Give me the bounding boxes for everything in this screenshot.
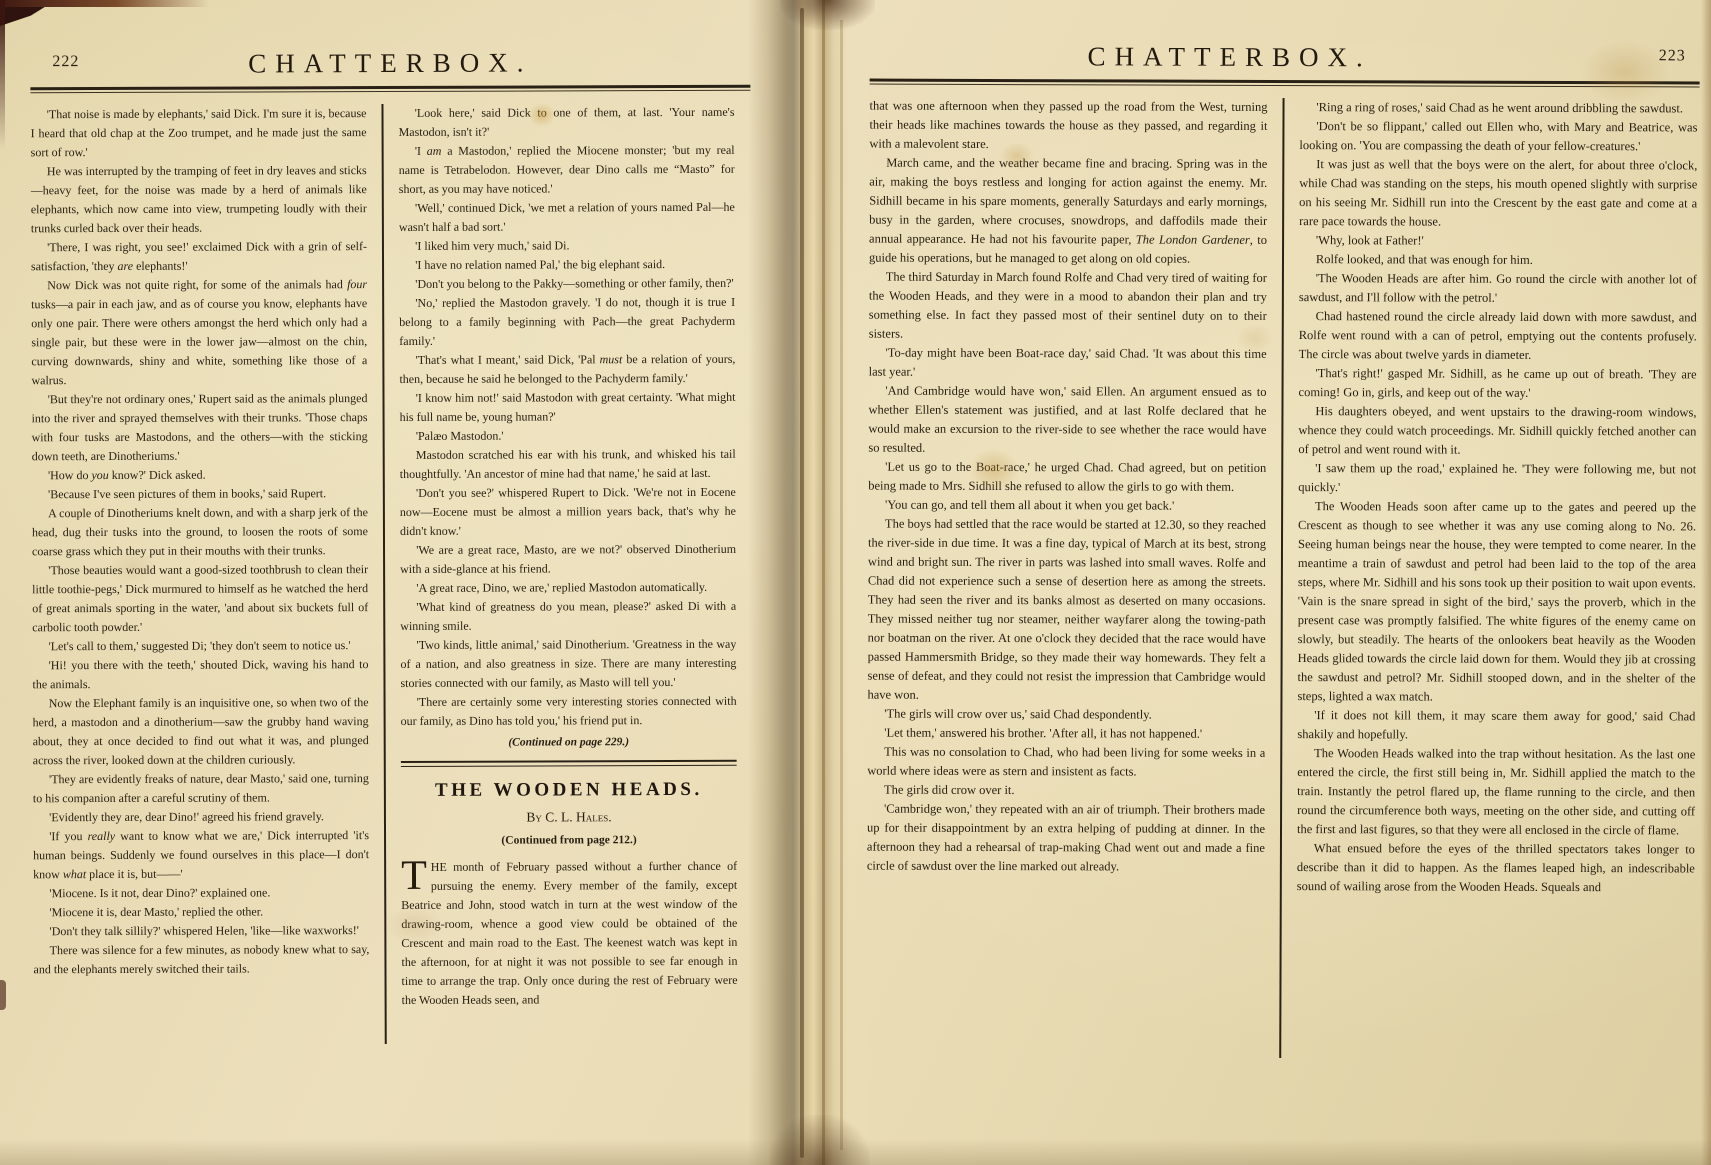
paragraph: He was interrupted by the tramping of fe… (31, 161, 367, 238)
right-page-header: CHATTERBOX. 223 (870, 33, 1700, 74)
paragraph: 'I saw them up the road,' explained he. … (1298, 459, 1696, 498)
paragraph: What ensued before the eyes of the thril… (1297, 839, 1695, 897)
paragraph: Rolfe looked, and that was enough for hi… (1299, 250, 1697, 270)
paragraph: 'Don't they talk sillily?' whispered Hel… (33, 921, 369, 941)
book-scan: 222 CHATTERBOX. 'That noise is made by e… (0, 0, 1711, 1165)
paragraph: 'But they're not ordinary ones,' Rupert … (31, 389, 367, 466)
paragraph: 'Cambridge won,' they repeated with an a… (867, 800, 1265, 877)
page-number: 223 (1659, 47, 1686, 65)
scan-edge-left (0, 0, 5, 150)
drop-cap: T (401, 858, 431, 893)
paragraph: 'Miocene. Is it not, dear Dino?' explain… (33, 883, 369, 903)
paragraph: 'There are certainly some very interesti… (401, 692, 737, 731)
paragraph: 'Palæo Mastodon.' (400, 426, 736, 446)
left-page-columns: 'That noise is made by elephants,' said … (30, 103, 753, 1046)
right-page-columns: that was one afternoon when they passed … (866, 97, 1699, 1060)
paragraph: His daughters obeyed, and went upstairs … (1298, 402, 1696, 460)
paragraph: The girls did crow over it. (867, 781, 1265, 801)
paragraph: Mastodon scratched his ear with his trun… (400, 445, 736, 484)
paragraph: that was one afternoon when they passed … (869, 97, 1267, 155)
paragraph: THE month of February passed without a f… (401, 857, 738, 1010)
text-column: 'Look here,' said Dick to one of them, a… (398, 103, 737, 1044)
paragraph: 'Let us go to the Boat-race,' he urged C… (868, 458, 1266, 497)
paragraph: The third Saturday in March found Rolfe … (869, 268, 1267, 345)
paragraph: 'Don't you see?' whispered Rupert to Dic… (400, 483, 736, 541)
paragraph: 'To-day might have been Boat-race day,' … (869, 344, 1267, 383)
paragraph: March came, and the weather became fine … (869, 154, 1267, 269)
scan-edge-right (1701, 0, 1711, 1165)
story-byline: By C. L. Hales. (401, 807, 737, 827)
right-page: CHATTERBOX. 223 that was one afternoon w… (866, 33, 1700, 1060)
paragraph: 'Evidently they are, dear Dino!' agreed … (33, 807, 369, 827)
paragraph: 'That noise is made by elephants,' said … (30, 104, 366, 162)
paragraph: 'If you really want to know what we are,… (33, 826, 369, 884)
paragraph: 'I have no relation named Pal,' the big … (399, 255, 735, 275)
scan-edge-top (0, 0, 210, 7)
paragraph: 'They are evidently freaks of nature, de… (33, 769, 369, 808)
text-column: that was one afternoon when they passed … (866, 97, 1267, 1058)
paragraph: 'Let's call to them,' suggested Di; 'the… (32, 636, 368, 656)
paragraph: 'Don't be so flippant,' called out Ellen… (1299, 117, 1697, 156)
left-page-header: 222 CHATTERBOX. (30, 39, 750, 80)
gutter-page-edge (840, 20, 843, 1150)
paragraph: The boys had settled that the race would… (867, 515, 1266, 706)
paragraph: 'I liked him very much,' said Di. (399, 236, 735, 256)
paragraph: 'I am a Mastodon,' replied the Miocene m… (399, 141, 735, 199)
header-rule (30, 85, 750, 94)
scan-edge-mark (0, 980, 6, 1010)
paragraph: 'The girls will crow over us,' said Chad… (867, 705, 1265, 725)
paragraph: The Wooden Heads soon after came up to t… (1297, 497, 1696, 707)
paragraph: 'Look here,' said Dick to one of them, a… (398, 103, 734, 142)
paragraph: 'Why, look at Father!' (1299, 231, 1697, 251)
paragraph: 'Hi! you there with the teeth,' shouted … (32, 655, 368, 694)
paragraph: 'How do you know?' Dick asked. (32, 465, 368, 485)
masthead: CHATTERBOX. (870, 41, 1590, 75)
paragraph: There was silence for a few minutes, as … (33, 940, 369, 979)
story1-text: 'Look here,' said Dick to one of them, a… (398, 103, 736, 731)
paragraph: 'You can go, and tell them all about it … (868, 496, 1266, 516)
gutter-shadow-bottom (770, 1115, 870, 1165)
paragraph: The Wooden Heads walked into the trap wi… (1297, 744, 1695, 840)
paragraph: A couple of Dinotheriums knelt down, and… (32, 503, 368, 561)
paragraph: 'We are a great race, Masto, are we not?… (400, 540, 736, 579)
masthead: CHATTERBOX. (30, 47, 750, 81)
paragraph: 'Well,' continued Dick, 'we met a relati… (399, 198, 735, 237)
paragraph: 'What kind of greatness do you mean, ple… (400, 597, 736, 636)
paragraph: 'And Cambridge would have won,' said Ell… (868, 382, 1266, 459)
gutter-page-edge (822, 0, 825, 1165)
paragraph: 'That's right!' gasped Mr. Sidhill, as h… (1299, 364, 1697, 403)
paragraph: Now the Elephant family is an inquisitiv… (33, 693, 369, 770)
header-rule (870, 79, 1700, 88)
opening-text: HE month of February passed without a fu… (401, 859, 737, 1007)
paragraph: 'A great race, Dino, we are,' replied Ma… (400, 578, 736, 598)
paragraph: 'Miocene it is, dear Masto,' replied the… (33, 902, 369, 922)
paragraph: 'The Wooden Heads are after him. Go roun… (1299, 269, 1697, 308)
story-continuation-note: (Continued from page 212.) (401, 831, 737, 851)
paragraph: Chad hastened round the circle already l… (1299, 307, 1697, 365)
paragraph: 'I know him not!' said Mastodon with gre… (399, 388, 735, 427)
paragraph: 'Those beauties would want a good-sized … (32, 560, 368, 637)
paragraph: 'Don't you belong to the Pakky—something… (399, 274, 735, 294)
gutter-crease (800, 8, 804, 1158)
paragraph: 'Two kinds, little animal,' said Dinothe… (400, 635, 736, 693)
column-divider (381, 104, 386, 1044)
paragraph: 'That's what I meant,' said Dick, 'Pal m… (399, 350, 735, 389)
gutter-shadow-top (780, 0, 875, 30)
paragraph: 'Ring a ring of roses,' said Chad as he … (1299, 98, 1697, 118)
paragraph: 'There, I was right, you see!' exclaimed… (31, 237, 367, 276)
story-title: THE WOODEN HEADS. (401, 780, 737, 800)
paragraph: This was no consolation to Chad, who had… (867, 743, 1265, 782)
paragraph: It was just as well that the boys were o… (1299, 155, 1697, 232)
continued-on-note: (Continued on page 229.) (401, 733, 737, 753)
left-page: 222 CHATTERBOX. 'That noise is made by e… (30, 39, 754, 1046)
paragraph: 'Because I've seen pictures of them in b… (32, 484, 368, 504)
paragraph: 'If it does not kill them, it may scare … (1297, 706, 1695, 745)
text-column: 'Ring a ring of roses,' said Chad as he … (1296, 98, 1697, 1059)
text-column: 'That noise is made by elephants,' said … (30, 104, 369, 1045)
page-gutter (748, 0, 874, 1165)
paragraph: Now Dick was not quite right, for some o… (31, 275, 367, 390)
column-divider (1279, 98, 1284, 1058)
paragraph: 'Let them,' answered his brother. 'After… (867, 724, 1265, 744)
paragraph: 'No,' replied the Mastodon gravely. 'I d… (399, 293, 735, 351)
section-divider (401, 760, 737, 767)
